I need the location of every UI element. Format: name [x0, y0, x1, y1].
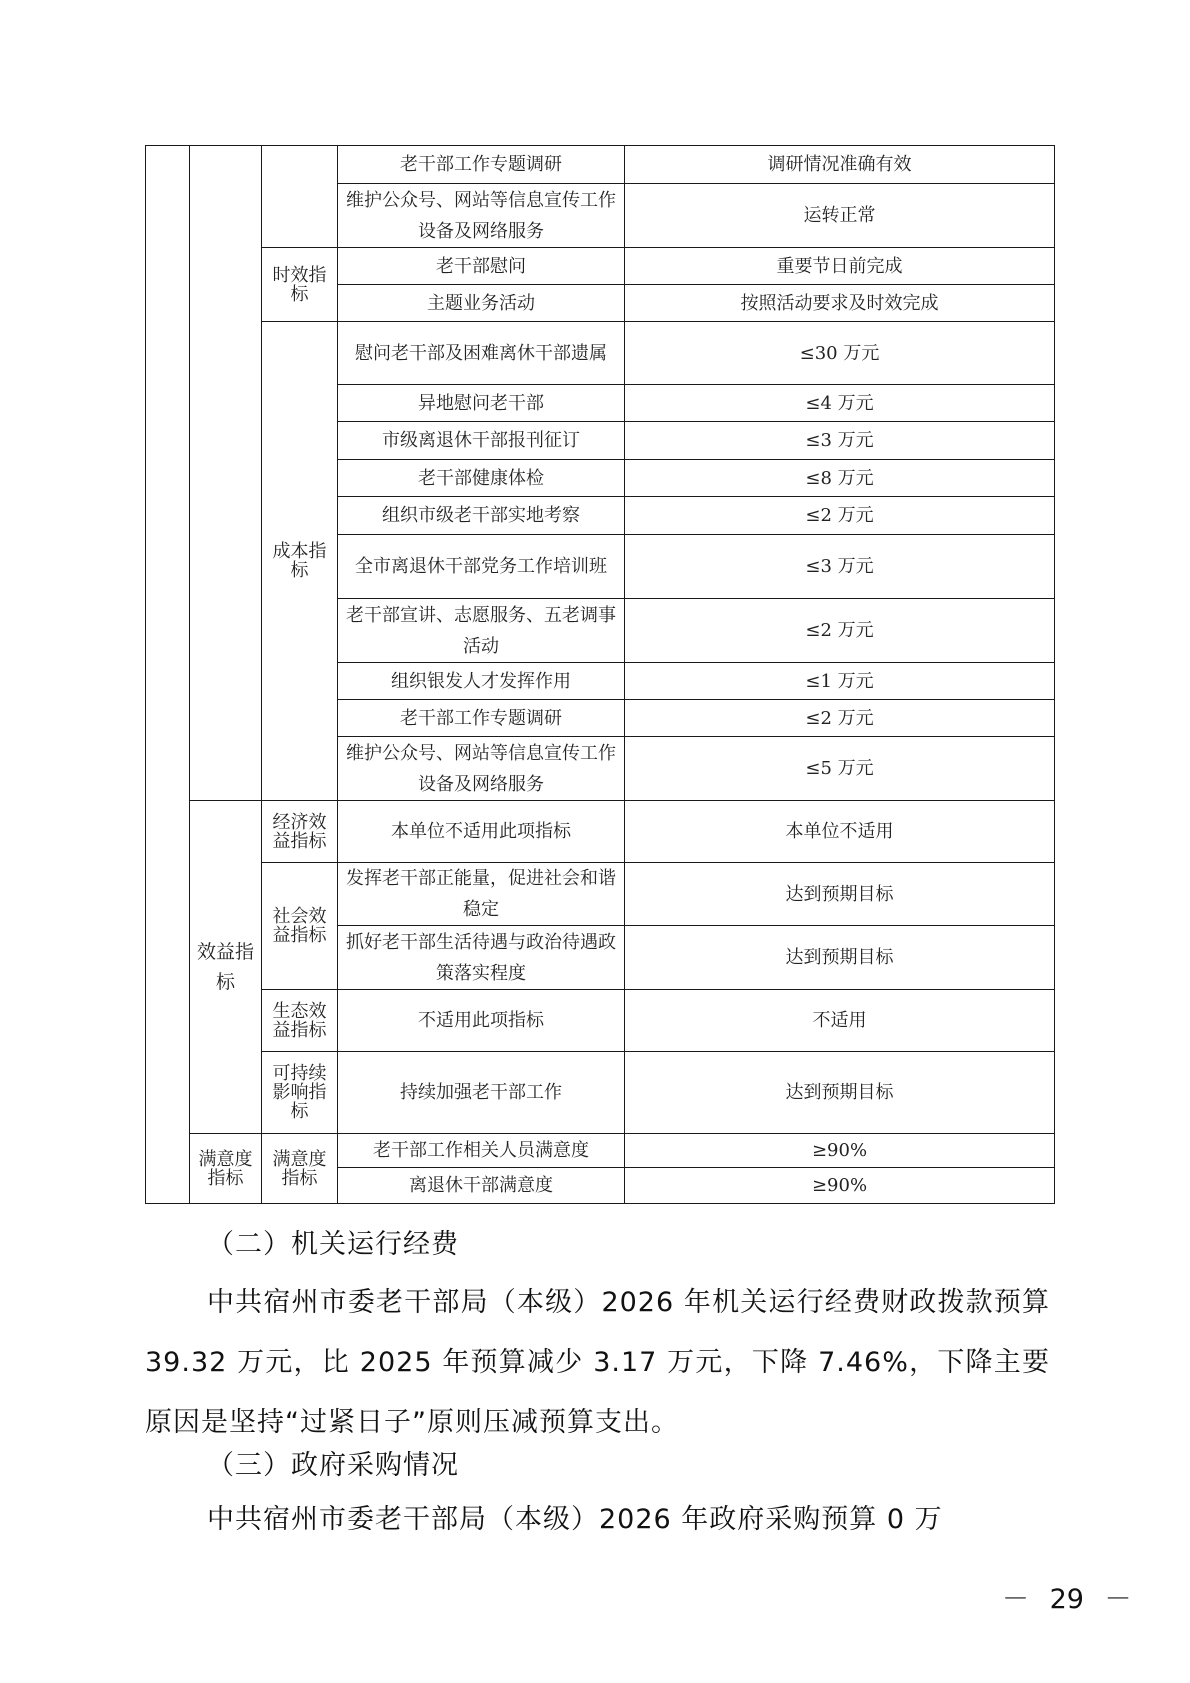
value-cell: 不适用 — [625, 990, 1055, 1052]
value-cell: ≤3 万元 — [625, 422, 1055, 460]
value-cell: ≤1 万元 — [625, 663, 1055, 700]
value-cell: 达到预期目标 — [625, 863, 1055, 926]
indicator-cell: 慰问老干部及困难离休干部遗属 — [338, 322, 625, 385]
level3-label: 生态效益指标 — [262, 990, 338, 1052]
indicator-cell: 本单位不适用此项指标 — [338, 801, 625, 863]
document-page: 老干部工作专题调研 调研情况准确有效 维护公众号、网站等信息宣传工作设备及网络服… — [0, 0, 1190, 1683]
indicator-cell: 维护公众号、网站等信息宣传工作设备及网络服务 — [338, 184, 625, 248]
table-row: 老干部工作专题调研 调研情况准确有效 — [146, 146, 1055, 184]
indicator-cell: 离退休干部满意度 — [338, 1168, 625, 1204]
indicator-cell: 老干部工作专题调研 — [338, 700, 625, 737]
value-cell: ≥90% — [625, 1168, 1055, 1204]
table-row: 生态效益指标 不适用此项指标 不适用 — [146, 990, 1055, 1052]
performance-indicator-table: 老干部工作专题调研 调研情况准确有效 维护公众号、网站等信息宣传工作设备及网络服… — [145, 145, 1055, 1204]
value-cell: 重要节日前完成 — [625, 248, 1055, 285]
section-heading-procurement: （三）政府采购情况 — [145, 1443, 1050, 1482]
value-cell: ≤5 万元 — [625, 737, 1055, 801]
value-cell: ≤30 万元 — [625, 322, 1055, 385]
section-heading-operating-expenses: （二）机关运行经费 — [145, 1222, 1050, 1261]
level3-label: 经济效益指标 — [262, 801, 338, 863]
indicator-cell: 市级离退休干部报刊征订 — [338, 422, 625, 460]
indicator-cell: 老干部健康体检 — [338, 460, 625, 497]
indicator-cell: 组织市级老干部实地考察 — [338, 497, 625, 535]
indicator-cell: 老干部慰问 — [338, 248, 625, 285]
indicator-cell: 维护公众号、网站等信息宣传工作设备及网络服务 — [338, 737, 625, 801]
value-cell: 达到预期目标 — [625, 926, 1055, 990]
level3-label: 社会效益指标 — [262, 863, 338, 990]
value-cell: ≤8 万元 — [625, 460, 1055, 497]
table-row: 满意度指标 满意度指标 老干部工作相关人员满意度 ≥90% — [146, 1134, 1055, 1168]
value-cell: 本单位不适用 — [625, 801, 1055, 863]
level2-label: 效益指标 — [190, 801, 262, 1134]
level3-label: 时效指标 — [262, 248, 338, 322]
indicator-cell: 抓好老干部生活待遇与政治待遇政策落实程度 — [338, 926, 625, 990]
paragraph-operating-expenses: 中共宿州市委老干部局（本级）2026 年机关运行经费财政拨款预算 39.32 万… — [145, 1273, 1050, 1453]
indicator-cell: 老干部宣讲、志愿服务、五老调事活动 — [338, 599, 625, 663]
level1-cell — [146, 146, 190, 1204]
indicator-cell: 组织银发人才发挥作用 — [338, 663, 625, 700]
table-row: 效益指标 经济效益指标 本单位不适用此项指标 本单位不适用 — [146, 801, 1055, 863]
indicator-cell: 主题业务活动 — [338, 285, 625, 322]
indicator-cell: 不适用此项指标 — [338, 990, 625, 1052]
level2-label: 满意度指标 — [190, 1134, 262, 1204]
paragraph-procurement: 中共宿州市委老干部局（本级）2026 年政府采购预算 0 万 — [145, 1490, 1050, 1550]
indicator-cell: 老干部工作专题调研 — [338, 146, 625, 184]
level3-label: 可持续影响指标 — [262, 1052, 338, 1134]
indicator-cell: 全市离退休干部党务工作培训班 — [338, 535, 625, 599]
value-cell: 按照活动要求及时效完成 — [625, 285, 1055, 322]
value-cell: ≤4 万元 — [625, 385, 1055, 422]
level3-label: 满意度指标 — [262, 1134, 338, 1204]
table-row: 时效指标 老干部慰问 重要节日前完成 — [146, 248, 1055, 285]
level3-cell — [262, 146, 338, 248]
indicator-cell: 持续加强老干部工作 — [338, 1052, 625, 1134]
page-number: － 29 － — [1002, 1577, 1132, 1616]
indicator-cell: 发挥老干部正能量，促进社会和谐稳定 — [338, 863, 625, 926]
table-row: 社会效益指标 发挥老干部正能量，促进社会和谐稳定 达到预期目标 — [146, 863, 1055, 926]
level3-label: 成本指标 — [262, 322, 338, 801]
value-cell: ≤2 万元 — [625, 599, 1055, 663]
value-cell: ≤3 万元 — [625, 535, 1055, 599]
value-cell: 达到预期目标 — [625, 1052, 1055, 1134]
value-cell: 运转正常 — [625, 184, 1055, 248]
level2-cell — [190, 146, 262, 801]
value-cell: ≤2 万元 — [625, 497, 1055, 535]
indicator-cell: 老干部工作相关人员满意度 — [338, 1134, 625, 1168]
table-row: 可持续影响指标 持续加强老干部工作 达到预期目标 — [146, 1052, 1055, 1134]
table-row: 成本指标 慰问老干部及困难离休干部遗属 ≤30 万元 — [146, 322, 1055, 385]
value-cell: 调研情况准确有效 — [625, 146, 1055, 184]
value-cell: ≤2 万元 — [625, 700, 1055, 737]
indicator-cell: 异地慰问老干部 — [338, 385, 625, 422]
value-cell: ≥90% — [625, 1134, 1055, 1168]
